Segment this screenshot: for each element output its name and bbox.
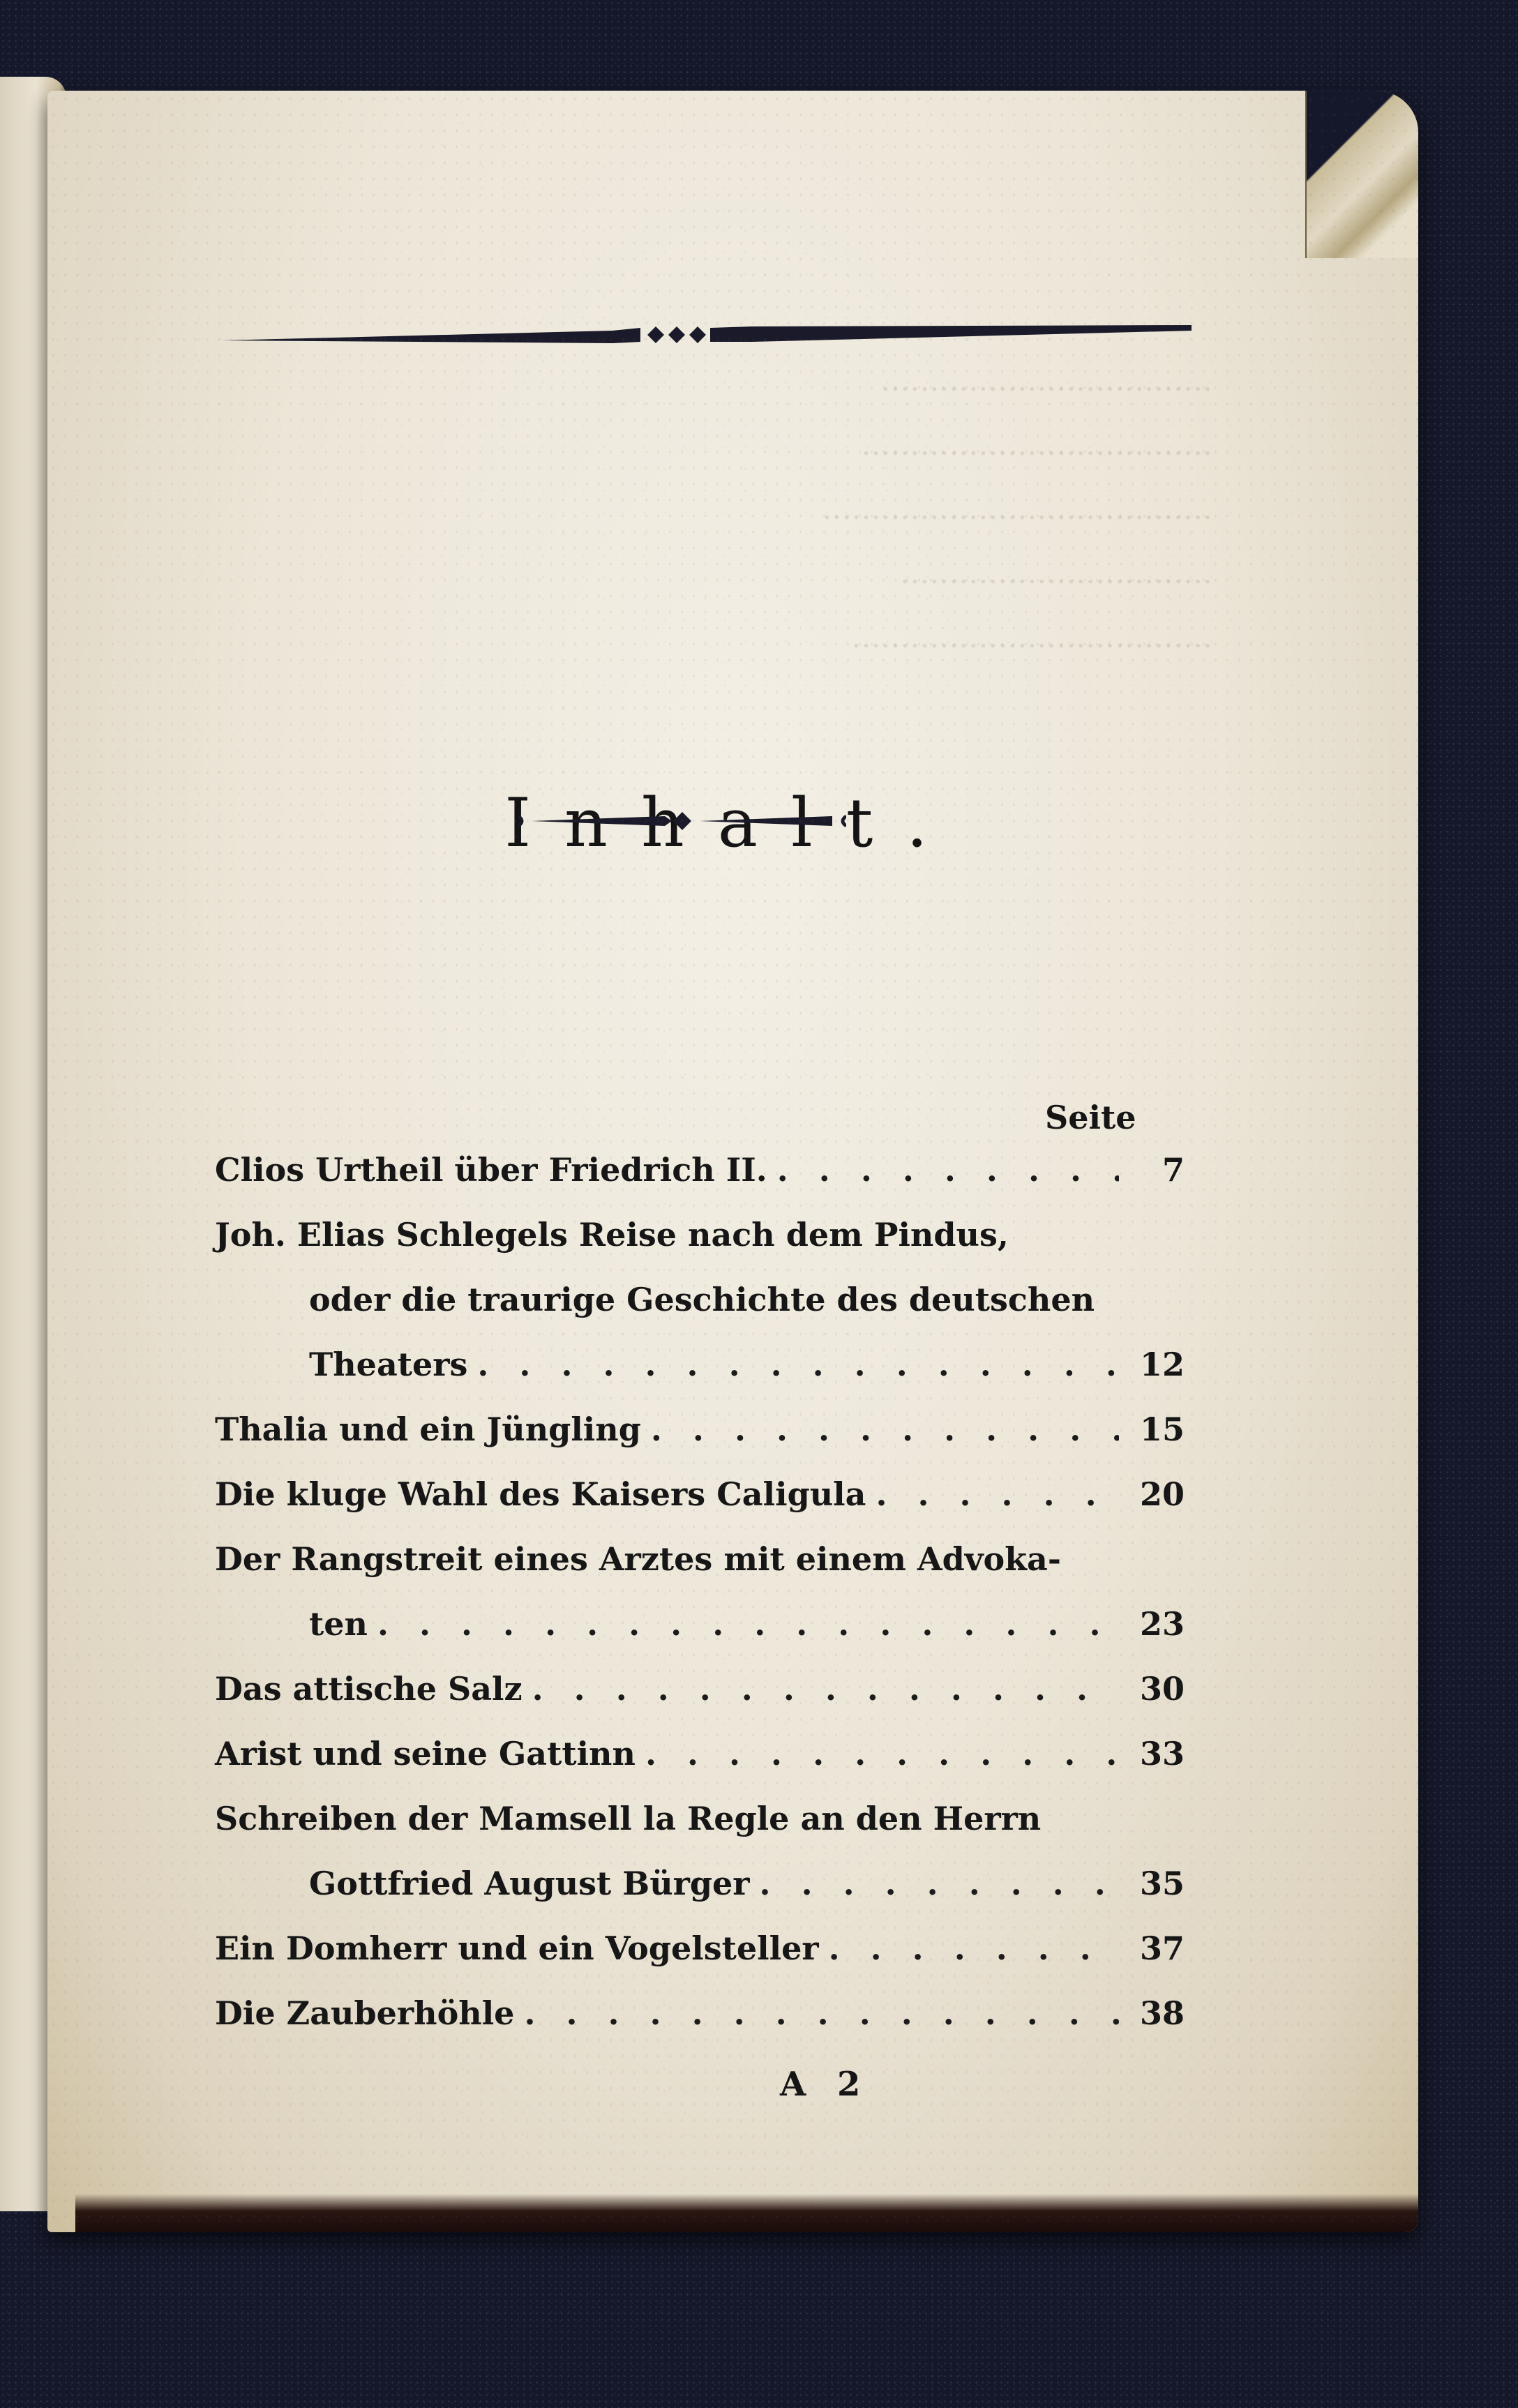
toc-entry-title: Joh. Elias Schlegels Reise nach dem Pind… <box>215 1216 1009 1254</box>
toc-entry-continuation: Gottfried August Bürger 35 <box>215 1865 1185 1929</box>
toc-page-number: 15 <box>1129 1410 1185 1448</box>
top-rule-ornament <box>222 321 1192 349</box>
toc-entry: Die kluge Wahl des Kaisers Caligula 20 <box>215 1475 1185 1540</box>
printer-signature-mark: A 2 <box>780 2065 870 2104</box>
toc-entry: Clios Urtheil über Friedrich II. 7 <box>215 1151 1185 1216</box>
dot-leader <box>651 1410 1119 1448</box>
dot-leader <box>524 1994 1119 2032</box>
toc-page-number: 12 <box>1129 1346 1185 1383</box>
toc-entry: Joh. Elias Schlegels Reise nach dem Pind… <box>215 1216 1185 1281</box>
toc-entry: Arist und seine Gattinn 33 <box>215 1735 1185 1800</box>
toc-entry-title: Die kluge Wahl des Kaisers Caligula <box>215 1475 866 1513</box>
page-bottom-edge-shadow <box>75 2194 1418 2232</box>
toc-entry-continuation: Theaters 12 <box>215 1346 1185 1410</box>
toc-entry: Ein Domherr und ein Vogelsteller 37 <box>215 1929 1185 1994</box>
dot-leader <box>876 1475 1119 1513</box>
dot-leader <box>645 1735 1119 1773</box>
page-column-header: Seite <box>1045 1099 1136 1136</box>
dot-leader <box>477 1346 1119 1383</box>
toc-entry-title: Clios Urtheil über Friedrich II. <box>215 1151 767 1189</box>
dot-leader <box>760 1865 1119 1902</box>
table-of-contents: Clios Urtheil über Friedrich II. 7 Joh. … <box>215 1151 1185 2059</box>
toc-page-number: 23 <box>1129 1605 1185 1643</box>
dog-eared-corner <box>1305 91 1418 258</box>
toc-entry-title: Theaters <box>309 1346 467 1383</box>
toc-entry-title: ten <box>309 1605 368 1643</box>
toc-entry-title: Gottfried August Bürger <box>309 1865 750 1902</box>
toc-entry: Schreiben der Mamsell la Regle an den He… <box>215 1800 1185 1865</box>
toc-entry: Der Rangstreit eines Arztes mit einem Ad… <box>215 1540 1185 1605</box>
toc-entry: Das attische Salz 30 <box>215 1670 1185 1735</box>
toc-entry-title: Das attische Salz <box>215 1670 523 1708</box>
toc-page-number: 38 <box>1129 1994 1185 2032</box>
toc-entry-title: Ein Domherr und ein Vogelsteller <box>215 1929 819 1967</box>
dot-leader <box>829 1929 1119 1967</box>
dot-leader <box>777 1151 1119 1189</box>
toc-entry: Die Zauberhöhle 38 <box>215 1994 1185 2059</box>
toc-entry-continuation: oder die traurige Geschichte des deutsch… <box>215 1281 1185 1346</box>
toc-page-number: 33 <box>1129 1735 1185 1773</box>
title-flourish-ornament <box>518 809 846 833</box>
dot-leader <box>532 1670 1119 1708</box>
toc-entry-continuation: ten 23 <box>215 1605 1185 1670</box>
toc-page-number: 35 <box>1129 1865 1185 1902</box>
show-through-text: .................................. .....… <box>222 349 1212 670</box>
dot-leader <box>377 1605 1119 1643</box>
toc-entry-title: Schreiben der Mamsell la Regle an den He… <box>215 1800 1041 1837</box>
toc-entry-title: oder die traurige Geschichte des deutsch… <box>309 1281 1095 1318</box>
toc-entry: Thalia und ein Jüngling 15 <box>215 1410 1185 1475</box>
toc-entry-title: Arist und seine Gattinn <box>215 1735 636 1773</box>
toc-entry-title: Der Rangstreit eines Arztes mit einem Ad… <box>215 1540 1061 1578</box>
toc-page-number: 30 <box>1129 1670 1185 1708</box>
toc-page-number: 37 <box>1129 1929 1185 1967</box>
toc-entry-title: Die Zauberhöhle <box>215 1994 514 2032</box>
toc-page-number: 7 <box>1129 1151 1185 1189</box>
book-page: .................................. .....… <box>47 91 1418 2232</box>
toc-page-number: 20 <box>1129 1475 1185 1513</box>
toc-entry-title: Thalia und ein Jüngling <box>215 1410 641 1448</box>
